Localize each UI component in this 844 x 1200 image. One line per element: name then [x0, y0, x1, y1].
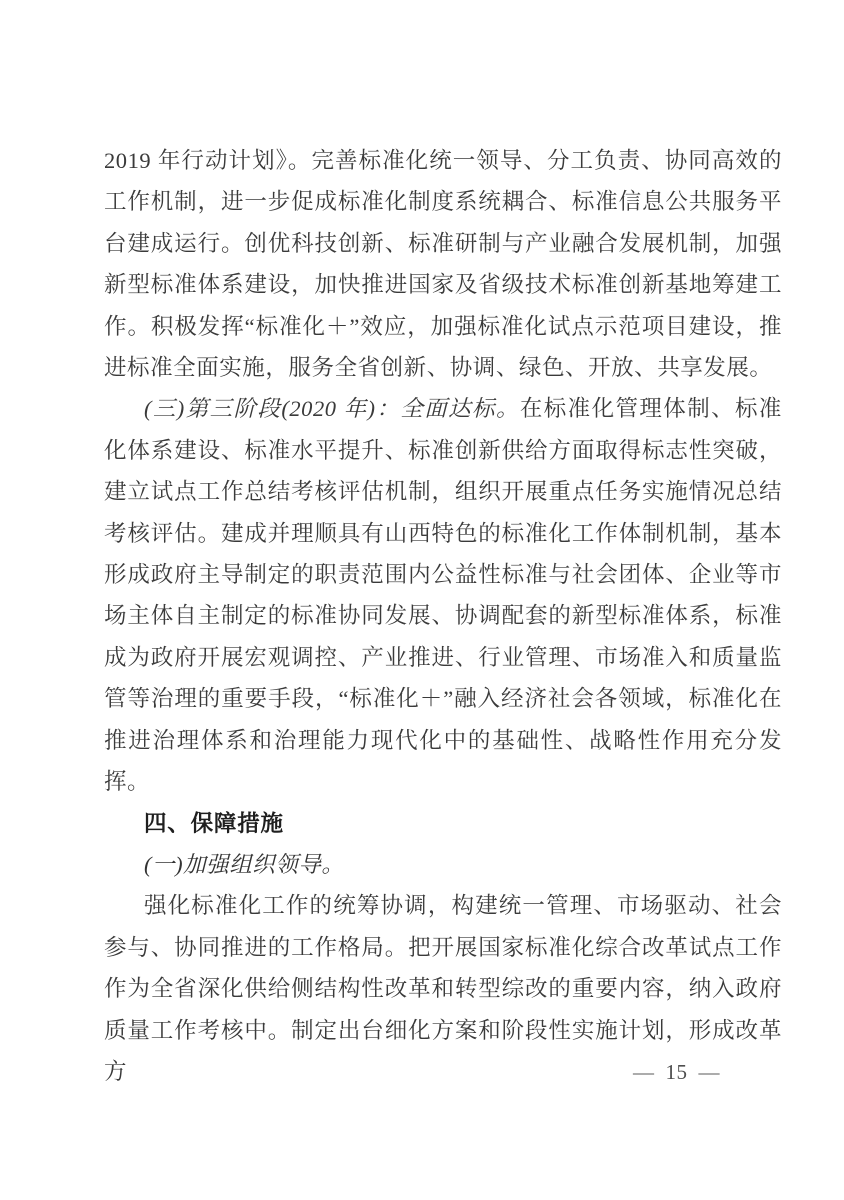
section-heading-safeguard-measures: 四、保障措施 — [104, 803, 782, 844]
document-page: 2019 年行动计划》。完善标准化统一领导、分工负责、协同高效的工作机制，进一步… — [0, 0, 844, 1200]
stage-three-body-text: 在标准化管理体制、标准化体系建设、标准水平提升、标准创新供给方面取得标志性突破，… — [104, 396, 782, 794]
document-body: 2019 年行动计划》。完善标准化统一领导、分工负责、协同高效的工作机制，进一步… — [104, 140, 782, 1092]
page-number-value: 15 — [666, 1060, 688, 1084]
page-number-dash-right: — — [699, 1060, 721, 1084]
page-number: —15— — [633, 1060, 720, 1085]
subsection-heading-strengthen-leadership: (一)加强组织领导。 — [104, 844, 782, 885]
stage-three-lead-text: (三)第三阶段(2020 年)：全面达标。 — [144, 396, 520, 421]
paragraph-action-plan-continuation: 2019 年行动计划》。完善标准化统一领导、分工负责、协同高效的工作机制，进一步… — [104, 140, 782, 388]
page-number-dash-left: — — [633, 1060, 655, 1084]
paragraph-stage-three: (三)第三阶段(2020 年)：全面达标。在标准化管理体制、标准化体系建设、标准… — [104, 388, 782, 802]
